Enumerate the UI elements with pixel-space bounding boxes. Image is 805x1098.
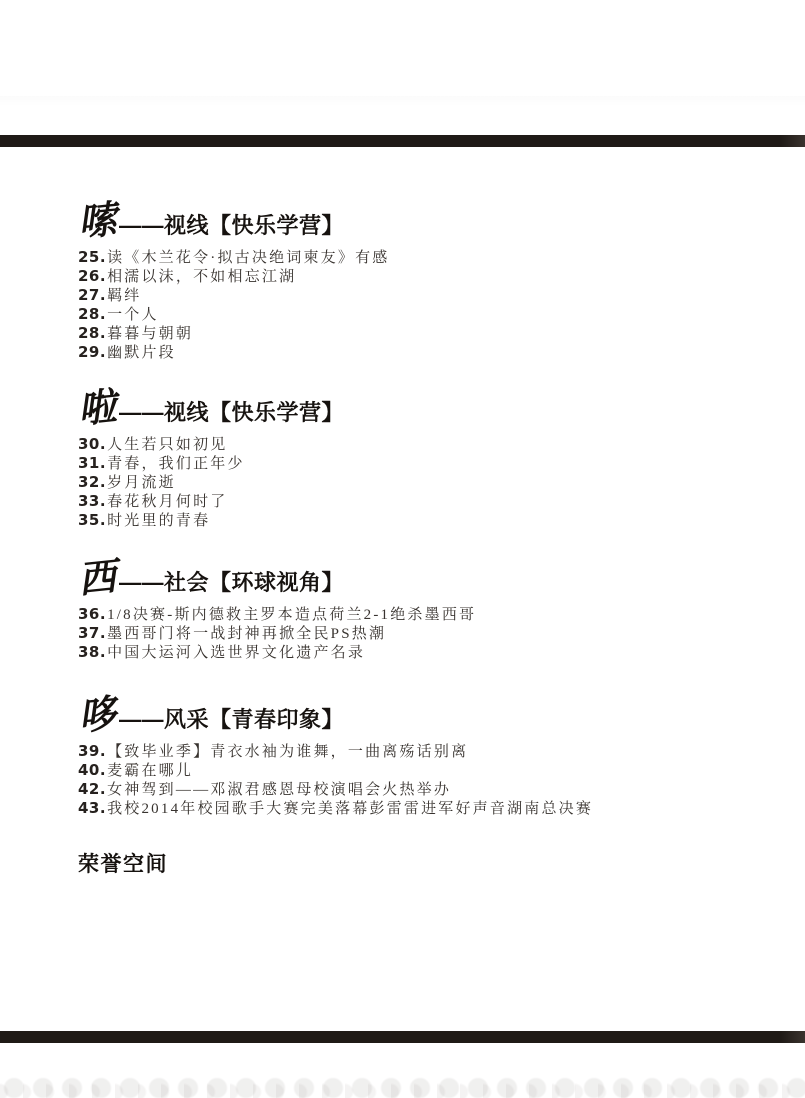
toc-item: 25.读《木兰花令·拟古决绝词柬友》有感 [78, 248, 389, 267]
page-edge-texture [0, 1062, 805, 1098]
toc-item-number: 31. [78, 454, 106, 472]
toc-item-list: 39.【致毕业季】青衣水袖为谁舞，一曲离殇话别离 40.麦霸在哪儿 42.女神驾… [78, 742, 593, 818]
toc-item-title: 读《木兰花令·拟古决绝词柬友》有感 [107, 250, 389, 266]
toc-item-number: 29. [78, 343, 106, 361]
toc-section-xi: 西 ——社会【环球视角】 36.1/8决赛-斯内德救主罗本造点荷兰2-1绝杀墨西… [78, 553, 476, 662]
scan-shading [0, 96, 805, 106]
toc-item: 26.相濡以沫，不如相忘江湖 [78, 267, 389, 286]
section-header: 哆 ——风采【青春印象】 [78, 690, 593, 736]
toc-item-number: 32. [78, 473, 106, 491]
toc-item-number: 39. [78, 742, 106, 760]
toc-item: 27.羁绊 [78, 286, 389, 305]
magazine-toc-page: 嗦 ——视线【快乐学营】 25.读《木兰花令·拟古决绝词柬友》有感 26.相濡以… [0, 0, 805, 1098]
toc-item-title: 麦霸在哪儿 [107, 763, 193, 779]
toc-section-suo: 嗦 ——视线【快乐学营】 25.读《木兰花令·拟古决绝词柬友》有感 26.相濡以… [78, 196, 389, 362]
toc-item-title: 1/8决赛-斯内德救主罗本造点荷兰2-1绝杀墨西哥 [107, 607, 476, 623]
toc-item-title: 暮暮与朝朝 [107, 326, 193, 342]
toc-item: 40.麦霸在哪儿 [78, 761, 593, 780]
toc-item-title: 春花秋月何时了 [107, 494, 227, 510]
toc-item: 28.一个人 [78, 305, 389, 324]
toc-item: 28.暮暮与朝朝 [78, 324, 389, 343]
toc-item-title: 一个人 [107, 307, 159, 323]
solfege-note-character: 嗦 [76, 198, 118, 244]
toc-item-title: 岁月流逝 [107, 475, 176, 491]
toc-item-title: 相濡以沫，不如相忘江湖 [107, 269, 296, 285]
section-header: 嗦 ——视线【快乐学营】 [78, 196, 389, 242]
solfege-note-character: 西 [76, 555, 118, 601]
toc-section-duo: 哆 ——风采【青春印象】 39.【致毕业季】青衣水袖为谁舞，一曲离殇话别离 40… [78, 690, 593, 818]
toc-item-number: 30. [78, 435, 106, 453]
toc-item-number: 38. [78, 643, 106, 661]
toc-item: 38.中国大运河入选世界文化遗产名录 [78, 643, 476, 662]
toc-item-title: 幽默片段 [107, 345, 176, 361]
toc-item-number: 27. [78, 286, 106, 304]
toc-item-number: 28. [78, 305, 106, 323]
toc-item: 35.时光里的青春 [78, 511, 344, 530]
solfege-note-character: 啦 [76, 385, 118, 431]
toc-item-number: 36. [78, 605, 106, 623]
section-title: ——视线【快乐学营】 [119, 213, 344, 242]
toc-item: 31.青春，我们正年少 [78, 454, 344, 473]
top-rule-bar [0, 135, 805, 147]
toc-item-number: 28. [78, 324, 106, 342]
section-title: ——视线【快乐学营】 [119, 400, 344, 429]
toc-item-title: 中国大运河入选世界文化遗产名录 [107, 645, 365, 661]
toc-item-title: 墨西哥门将一战封神再掀全民PS热潮 [107, 626, 386, 642]
toc-item-list: 30.人生若只如初见 31.青春，我们正年少 32.岁月流逝 33.春花秋月何时… [78, 435, 344, 530]
toc-item-number: 35. [78, 511, 106, 529]
bottom-rule-bar [0, 1031, 805, 1043]
toc-item: 29.幽默片段 [78, 343, 389, 362]
toc-item: 33.春花秋月何时了 [78, 492, 344, 511]
section-header: 啦 ——视线【快乐学营】 [78, 383, 344, 429]
toc-item-title: 【致毕业季】青衣水袖为谁舞，一曲离殇话别离 [107, 744, 468, 760]
section-title: ——社会【环球视角】 [119, 570, 344, 599]
toc-item: 37.墨西哥门将一战封神再掀全民PS热潮 [78, 624, 476, 643]
toc-item-number: 42. [78, 780, 106, 798]
toc-item: 30.人生若只如初见 [78, 435, 344, 454]
section-title: ——风采【青春印象】 [119, 707, 344, 736]
toc-item-number: 33. [78, 492, 106, 510]
solfege-note-character: 哆 [76, 692, 118, 738]
toc-item-title: 女神驾到——邓淑君感恩母校演唱会火热举办 [107, 782, 451, 798]
toc-item: 36.1/8决赛-斯内德救主罗本造点荷兰2-1绝杀墨西哥 [78, 605, 476, 624]
toc-item-number: 26. [78, 267, 106, 285]
toc-item-number: 37. [78, 624, 106, 642]
toc-item: 43.我校2014年校园歌手大赛完美落幕彭雷雷进军好声音湖南总决赛 [78, 799, 593, 818]
toc-section-la: 啦 ——视线【快乐学营】 30.人生若只如初见 31.青春，我们正年少 32.岁… [78, 383, 344, 530]
toc-item-number: 25. [78, 248, 106, 266]
toc-item-number: 40. [78, 761, 106, 779]
section-header: 西 ——社会【环球视角】 [78, 553, 476, 599]
toc-item-title: 我校2014年校园歌手大赛完美落幕彭雷雷进军好声音湖南总决赛 [107, 801, 593, 817]
toc-item-title: 时光里的青春 [107, 513, 210, 529]
toc-item-list: 36.1/8决赛-斯内德救主罗本造点荷兰2-1绝杀墨西哥 37.墨西哥门将一战封… [78, 605, 476, 662]
toc-item: 32.岁月流逝 [78, 473, 344, 492]
toc-item: 42.女神驾到——邓淑君感恩母校演唱会火热举办 [78, 780, 593, 799]
toc-item: 39.【致毕业季】青衣水袖为谁舞，一曲离殇话别离 [78, 742, 593, 761]
toc-item-number: 43. [78, 799, 106, 817]
toc-item-title: 人生若只如初见 [107, 437, 227, 453]
toc-item-list: 25.读《木兰花令·拟古决绝词柬友》有感 26.相濡以沫，不如相忘江湖 27.羁… [78, 248, 389, 362]
toc-item-title: 羁绊 [107, 288, 141, 304]
toc-item-title: 青春，我们正年少 [107, 456, 245, 472]
honor-space-heading: 荣誉空间 [78, 848, 168, 878]
